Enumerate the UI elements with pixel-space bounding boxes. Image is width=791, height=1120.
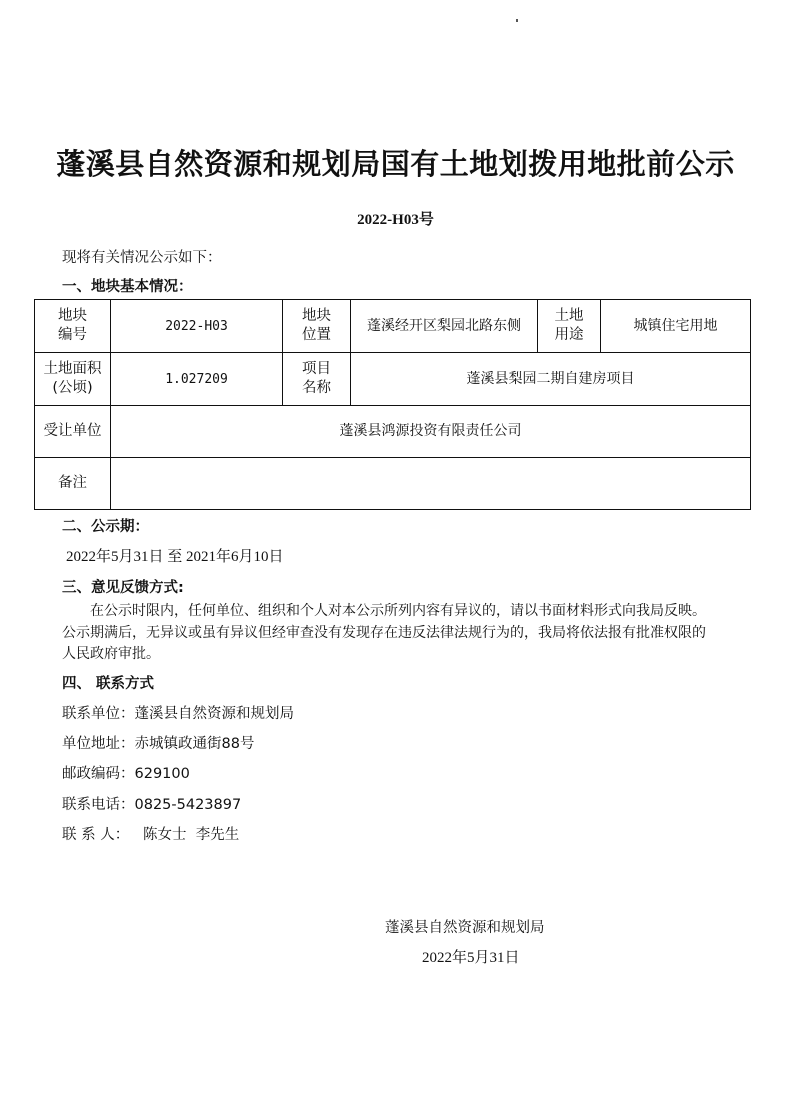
label-line: 土地面积 xyxy=(35,360,110,379)
label-line: 地块 xyxy=(35,307,110,326)
area-value: 1.027209 xyxy=(111,353,283,406)
table-row: 土地面积 (公顷) 1.027209 项目 名称 蓬溪县梨园二期自建房项目 xyxy=(35,353,751,406)
label-line: 名称 xyxy=(283,379,350,398)
intro-text: 现将有关情况公示如下： xyxy=(62,246,222,267)
label-line: (公顷) xyxy=(35,379,110,398)
remarks-label: 备注 xyxy=(35,458,111,510)
location-value: 蓬溪经开区梨园北路东侧 xyxy=(351,300,538,353)
table-row: 备注 xyxy=(35,458,751,510)
label-line: 用途 xyxy=(538,326,600,345)
section2-heading: 二、公示期： xyxy=(62,515,149,536)
parcel-no-value: 2022-H03 xyxy=(111,300,283,353)
contact-phone: 联系电话：0825-5423897 xyxy=(62,793,241,814)
section3-heading: 三、意见反馈方式: xyxy=(62,576,184,597)
table-row: 受让单位 蓬溪县鸿源投资有限责任公司 xyxy=(35,406,751,458)
document-number: 2022-H03号 xyxy=(0,208,791,229)
label-line: 地块 xyxy=(283,307,350,326)
table-row: 地块 编号 2022-H03 地块 位置 蓬溪经开区梨园北路东侧 土地 用途 城… xyxy=(35,300,751,353)
parcel-info-table: 地块 编号 2022-H03 地块 位置 蓬溪经开区梨园北路东侧 土地 用途 城… xyxy=(34,299,751,510)
usage-label: 土地 用途 xyxy=(538,300,601,353)
contact-address: 单位地址：赤城镇政通街88号 xyxy=(62,732,254,753)
scan-speck xyxy=(516,19,518,22)
project-value: 蓬溪县梨园二期自建房项目 xyxy=(351,353,751,406)
label-line: 项目 xyxy=(283,360,350,379)
project-label: 项目 名称 xyxy=(283,353,351,406)
contact-person: 联 系 人： 陈女士 李先生 xyxy=(62,823,239,844)
feedback-paragraph: 在公示时限内，任何单位、组织和个人对本公示所列内容有异议的，请以书面材料形式向我… xyxy=(62,601,712,666)
section1-heading: 一、地块基本情况： xyxy=(62,275,193,296)
publicity-period: 2022年5月31日 至 2021年6月10日 xyxy=(66,545,284,566)
issue-date: 2022年5月31日 xyxy=(422,946,520,967)
grantee-value: 蓬溪县鸿源投资有限责任公司 xyxy=(111,406,751,458)
document-title: 蓬溪县自然资源和规划局国有土地划拨用地批前公示 xyxy=(0,142,791,183)
label-line: 土地 xyxy=(538,307,600,326)
parcel-no-label: 地块 编号 xyxy=(35,300,111,353)
contact-unit: 联系单位：蓬溪县自然资源和规划局 xyxy=(62,702,294,723)
section4-heading: 四、 联系方式 xyxy=(62,672,154,693)
issuer-signature: 蓬溪县自然资源和规划局 xyxy=(385,916,545,937)
label-line: 编号 xyxy=(35,326,110,345)
location-label: 地块 位置 xyxy=(283,300,351,353)
area-label: 土地面积 (公顷) xyxy=(35,353,111,406)
usage-value: 城镇住宅用地 xyxy=(601,300,751,353)
grantee-label: 受让单位 xyxy=(35,406,111,458)
remarks-value xyxy=(111,458,751,510)
label-line: 位置 xyxy=(283,326,350,345)
contact-postcode: 邮政编码：629100 xyxy=(62,762,190,783)
